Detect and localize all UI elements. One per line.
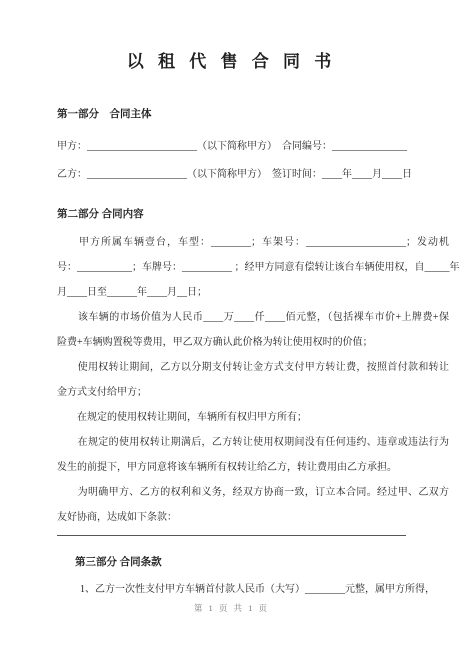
clause-1-line: 1、乙方一次性支付甲方车辆首付款人民币（大写）________元整，属甲方所得，: [80, 580, 449, 595]
section1-heading: 第一部分 合同主体: [57, 106, 463, 121]
contract-body-line: 金方式支付给甲方；: [57, 380, 449, 405]
document-title: 以 租 代 售 合 同 书: [0, 0, 463, 73]
contract-body: 甲方所属车辆壹台，车型：________；车架号：_______________…: [57, 230, 449, 530]
contract-parties: 甲方：______________________（以下简称甲方） 合同编号：_…: [57, 133, 463, 189]
contract-body-line: 为明确甲方、乙方的权利和义务，经双方协商一致，订立本合同。经过甲、乙双方: [57, 480, 449, 505]
section3-heading: 第三部分 合同条款: [75, 554, 463, 569]
party-a-line: 甲方：______________________（以下简称甲方） 合同编号：_…: [57, 133, 463, 161]
contract-body-line: 在规定的使用权转让期间，车辆所有权归甲方所有；: [57, 405, 449, 430]
party-b-line: 乙方：____________________（以下简称甲方） 签订时间：___…: [57, 161, 463, 189]
contract-document-page: 以 租 代 售 合 同 书 第一部分 合同主体 甲方：_____________…: [0, 0, 463, 655]
contract-body-line: 友好协商，达成如下条款：: [57, 505, 449, 530]
section-divider: [57, 535, 406, 536]
contract-body-line: 号：___________；车牌号：__________ ；经甲方同意有偿转让该…: [57, 255, 449, 280]
contract-body-line: 使用权转让期间，乙方以分期支付转让金方式支付甲方转让费，按照首付款和转让: [57, 355, 449, 380]
contract-body-line: 发生的前提下，甲方同意将该车辆所有权转让给乙方，转让费用由乙方承担。: [57, 455, 449, 480]
contract-body-line: 甲方所属车辆壹台，车型：________；车架号：_______________…: [57, 230, 449, 255]
contract-body-line: 该车辆的市场价值为人民币____万____仟____佰元整，（包括裸车市价+上牌…: [57, 305, 449, 330]
contract-body-line: 月____日至______年____月__日；: [57, 280, 449, 305]
contract-body-line: 在规定的使用权转让期满后，乙方转让使用权期间没有任何违约、违章或违法行为: [57, 430, 449, 455]
page-number-footer: 第 1 页 共 1 页: [0, 602, 463, 614]
section2-heading: 第二部分 合同内容: [57, 206, 463, 221]
contract-body-line: 险费+车辆购置税等费用，甲乙双方确认此价格为转让使用权时的价值；: [57, 330, 449, 355]
